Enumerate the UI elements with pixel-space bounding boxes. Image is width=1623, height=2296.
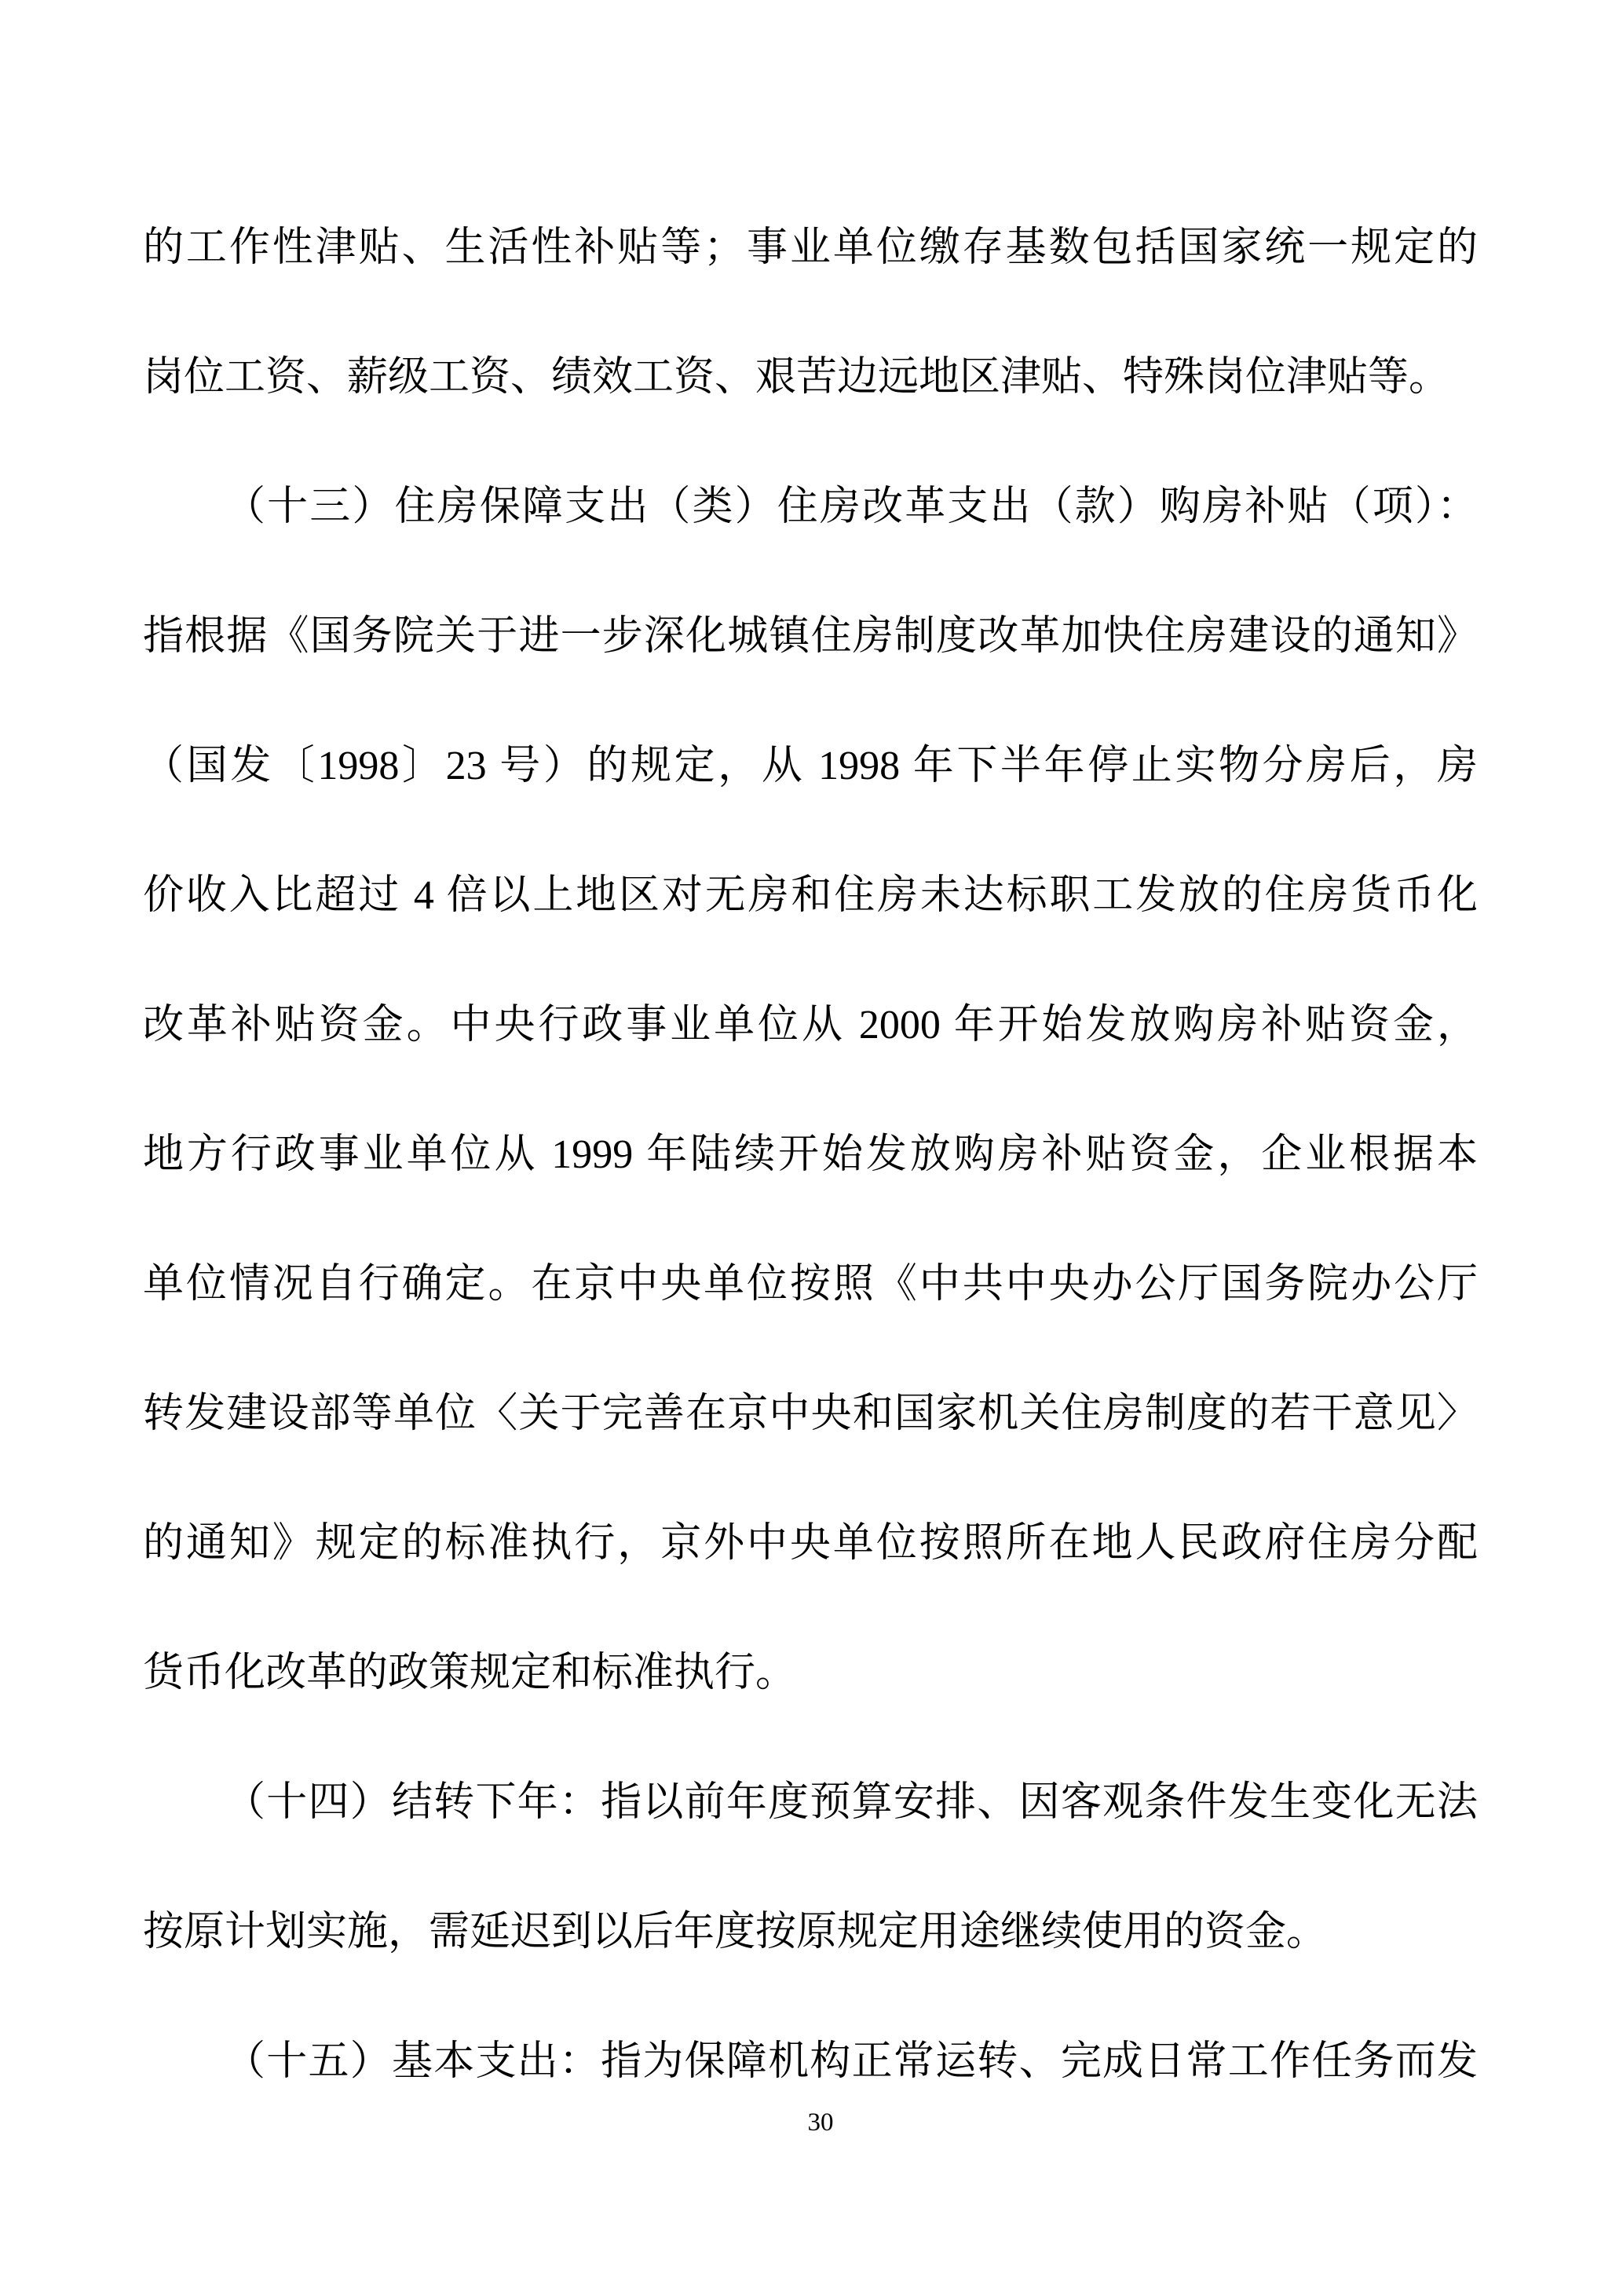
text-line: 货币化改革的政策规定和标准执行。 [143, 1608, 1478, 1738]
document-page: 的工作性津贴、生活性补贴等；事业单位缴存基数包括国家统一规定的 岗位工资、薪级工… [0, 0, 1623, 2296]
text-line: 价收入比超过 4 倍以上地区对无房和住房未达标职工发放的住房货币化 [143, 831, 1478, 960]
text-line: 指根据《国务院关于进一步深化城镇住房制度改革加快住房建设的通知》 [143, 572, 1478, 701]
text-line: 岗位工资、薪级工资、绩效工资、艰苦边远地区津贴、特殊岗位津贴等。 [143, 313, 1478, 442]
text-line: 转发建设部等单位〈关于完善在京中央和国家机关住房制度的若干意见〉 [143, 1349, 1478, 1479]
page-number: 30 [143, 2106, 1478, 2139]
text-line: 改革补贴资金。中央行政事业单位从 2000 年开始发放购房补贴资金， [143, 960, 1478, 1090]
text-line: （国发〔1998〕23 号）的规定，从 1998 年下半年停止实物分房后，房 [143, 701, 1478, 831]
text-line: 单位情况自行确定。在京中央单位按照《中共中央办公厅国务院办公厅 [143, 1219, 1478, 1349]
text-line: 按原计划实施，需延迟到以后年度按原规定用途继续使用的资金。 [143, 1867, 1478, 1997]
text-line: （十三）住房保障支出（类）住房改革支出（款）购房补贴（项）： [143, 442, 1478, 572]
text-line: （十四）结转下年：指以前年度预算安排、因客观条件发生变化无法 [143, 1738, 1478, 1867]
body-text: 的工作性津贴、生活性补贴等；事业单位缴存基数包括国家统一规定的 岗位工资、薪级工… [143, 183, 1478, 2126]
text-line: 地方行政事业单位从 1999 年陆续开始发放购房补贴资金，企业根据本 [143, 1090, 1478, 1219]
text-line: 的工作性津贴、生活性补贴等；事业单位缴存基数包括国家统一规定的 [143, 183, 1478, 313]
text-line: 的通知》规定的标准执行，京外中央单位按照所在地人民政府住房分配 [143, 1479, 1478, 1608]
